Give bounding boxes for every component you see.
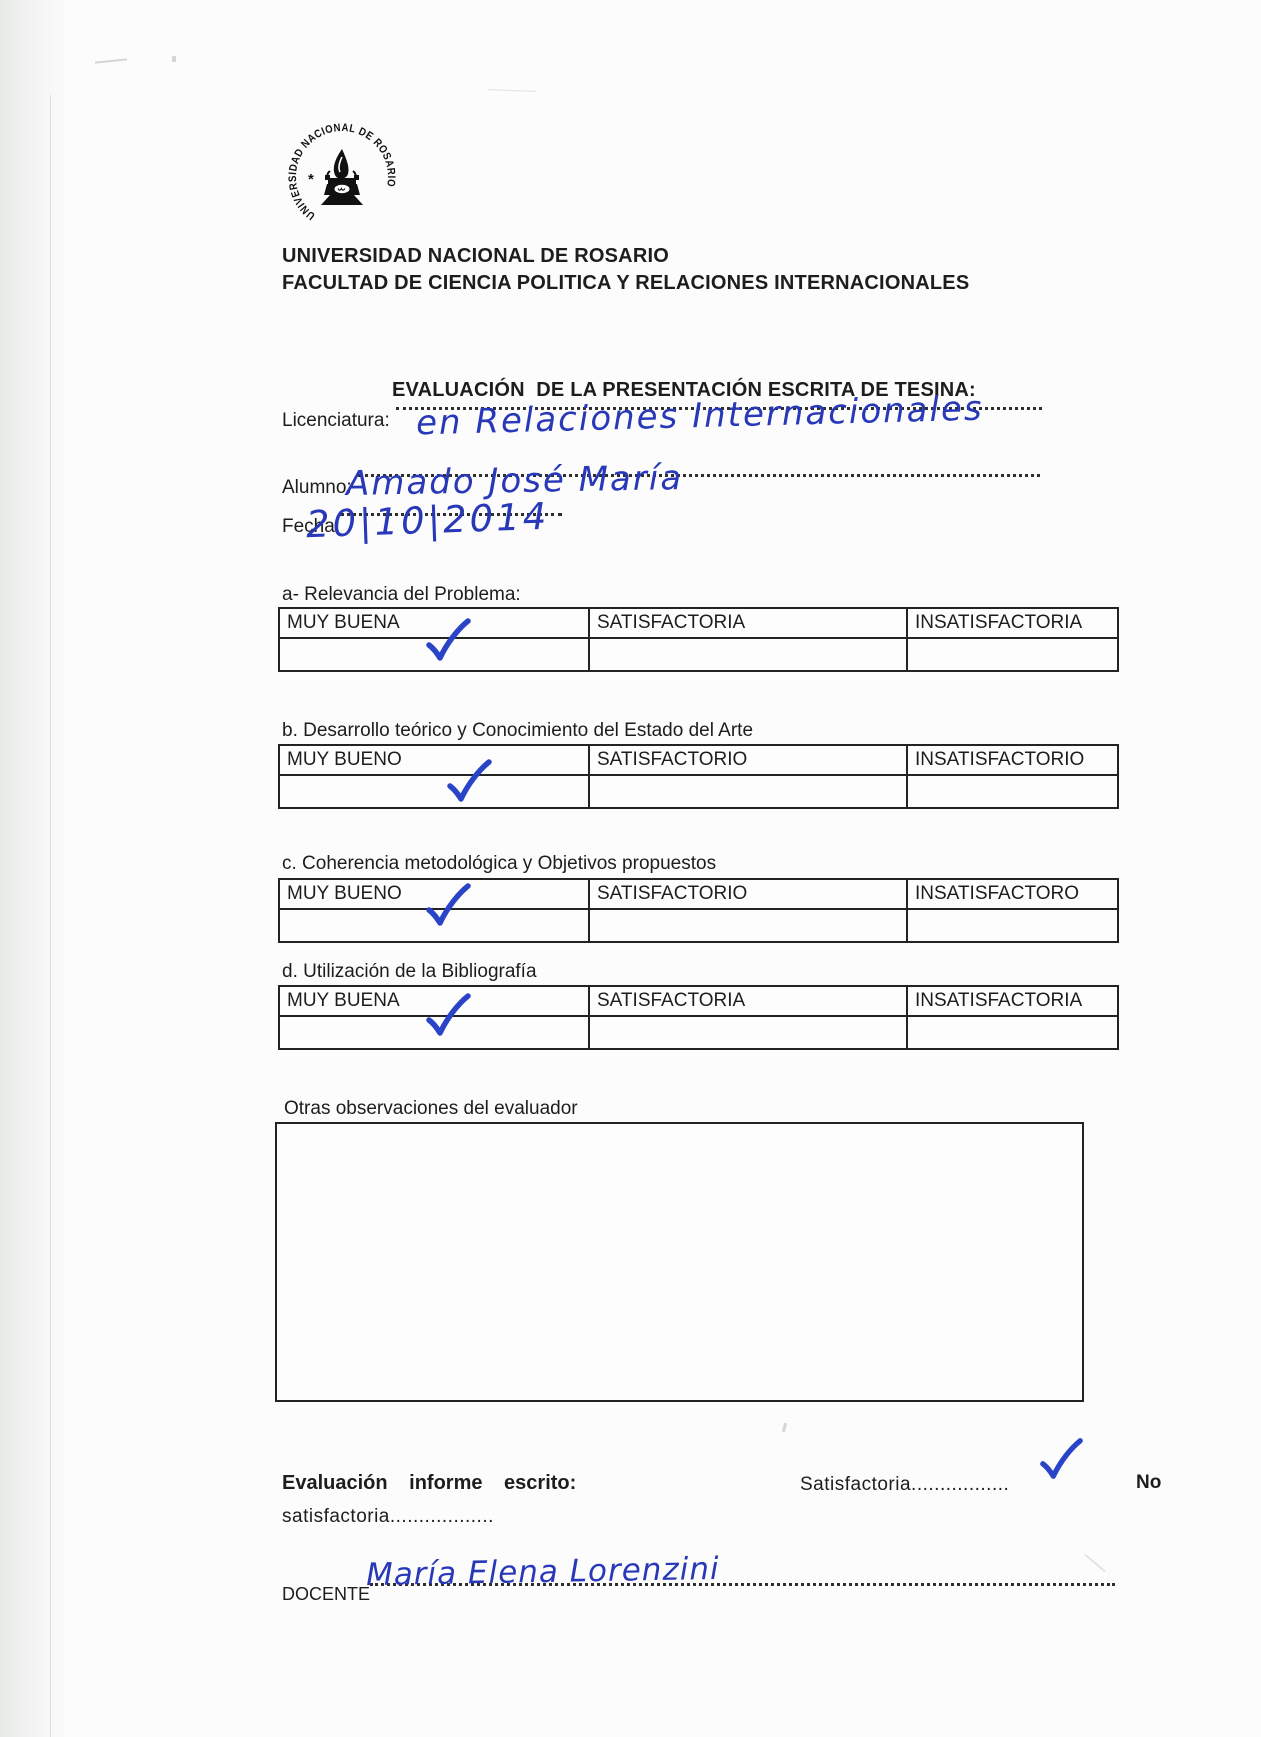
- option-cell: MUY BUENO: [280, 746, 590, 776]
- university-name: UNIVERSIDAD NACIONAL DE ROSARIO: [282, 243, 969, 270]
- empty-cell: [280, 776, 590, 807]
- empty-cell: [908, 1017, 1117, 1048]
- option-cell: SATISFACTORIO: [590, 746, 908, 776]
- observations-box: [275, 1122, 1084, 1402]
- alumno-label: Alumno:: [282, 477, 352, 499]
- scanned-evaluation-form: { "header": { "university": "UNIVERSIDAD…: [0, 0, 1261, 1737]
- scan-speck: [488, 89, 536, 92]
- faculty-name: FACULTAD DE CIENCIA POLITICA Y RELACIONE…: [282, 270, 969, 297]
- empty-cell: [590, 776, 908, 807]
- flame-lamp-emblem: [321, 149, 363, 205]
- docente-label: DOCENTE: [282, 1584, 370, 1605]
- check-mark-icon: [420, 880, 476, 930]
- section-a-label: a- Relevancia del Problema:: [282, 584, 521, 606]
- option-cell: SATISFACTORIA: [590, 987, 908, 1017]
- option-cell: INSATISFACTORIA: [908, 609, 1117, 639]
- section-c-label: c. Coherencia metodológica y Objetivos p…: [282, 853, 716, 875]
- scan-speck: [172, 56, 176, 62]
- section-a-table: MUY BUENA SATISFACTORIA INSATISFACTORIA: [278, 607, 1119, 672]
- check-mark-icon: [420, 616, 476, 664]
- no-satisfactoria-option: satisfactoria..................: [282, 1506, 494, 1528]
- observations-label: Otras observaciones del evaluador: [284, 1098, 578, 1120]
- section-b-label: b. Desarrollo teórico y Conocimiento del…: [282, 720, 753, 742]
- empty-cell: [908, 910, 1117, 941]
- section-b-table: MUY BUENO SATISFACTORIO INSATISFACTORIO: [278, 744, 1119, 809]
- satisfactoria-option: Satisfactoria.................: [800, 1474, 1009, 1496]
- docente-value-handwritten: María Elena Lorenzini: [366, 1551, 720, 1593]
- final-evaluation-label: Evaluación informe escrito:: [282, 1472, 576, 1495]
- scan-speck: [1084, 1554, 1105, 1572]
- option-cell: SATISFACTORIA: [590, 609, 908, 639]
- header-block: UNIVERSIDAD NACIONAL DE ROSARIO FACULTAD…: [282, 243, 969, 297]
- empty-cell: [590, 910, 908, 941]
- check-mark-icon: [420, 991, 476, 1039]
- section-c-table: MUY BUENO SATISFACTORIO INSATISFACTORO: [278, 878, 1119, 943]
- fecha-value-handwritten: 20|10|2014: [305, 495, 550, 546]
- licenciatura-label: Licenciatura:: [282, 410, 390, 432]
- scan-speck: [95, 58, 127, 63]
- option-cell: INSATISFACTORO: [908, 880, 1117, 910]
- seal-star: *: [308, 171, 314, 188]
- empty-cell: [908, 776, 1117, 807]
- check-mark-icon: [1032, 1436, 1090, 1482]
- option-cell: INSATISFACTORIA: [908, 987, 1117, 1017]
- empty-cell: [590, 639, 908, 670]
- option-cell: INSATISFACTORIO: [908, 746, 1117, 776]
- no-word: No: [1136, 1472, 1161, 1494]
- university-seal-logo: UNIVERSIDAD NACIONAL DE ROSARIO *: [283, 116, 401, 238]
- scan-speck: [782, 1423, 787, 1432]
- option-cell: SATISFACTORIO: [590, 880, 908, 910]
- scan-edge-shading: [0, 0, 70, 1737]
- check-mark-icon: [441, 757, 497, 805]
- section-d-label: d. Utilización de la Bibliografía: [282, 961, 537, 983]
- empty-cell: [590, 1017, 908, 1048]
- empty-cell: [908, 639, 1117, 670]
- page-edge-line: [50, 95, 51, 1737]
- section-d-table: MUY BUENA SATISFACTORIA INSATISFACTORIA: [278, 985, 1119, 1050]
